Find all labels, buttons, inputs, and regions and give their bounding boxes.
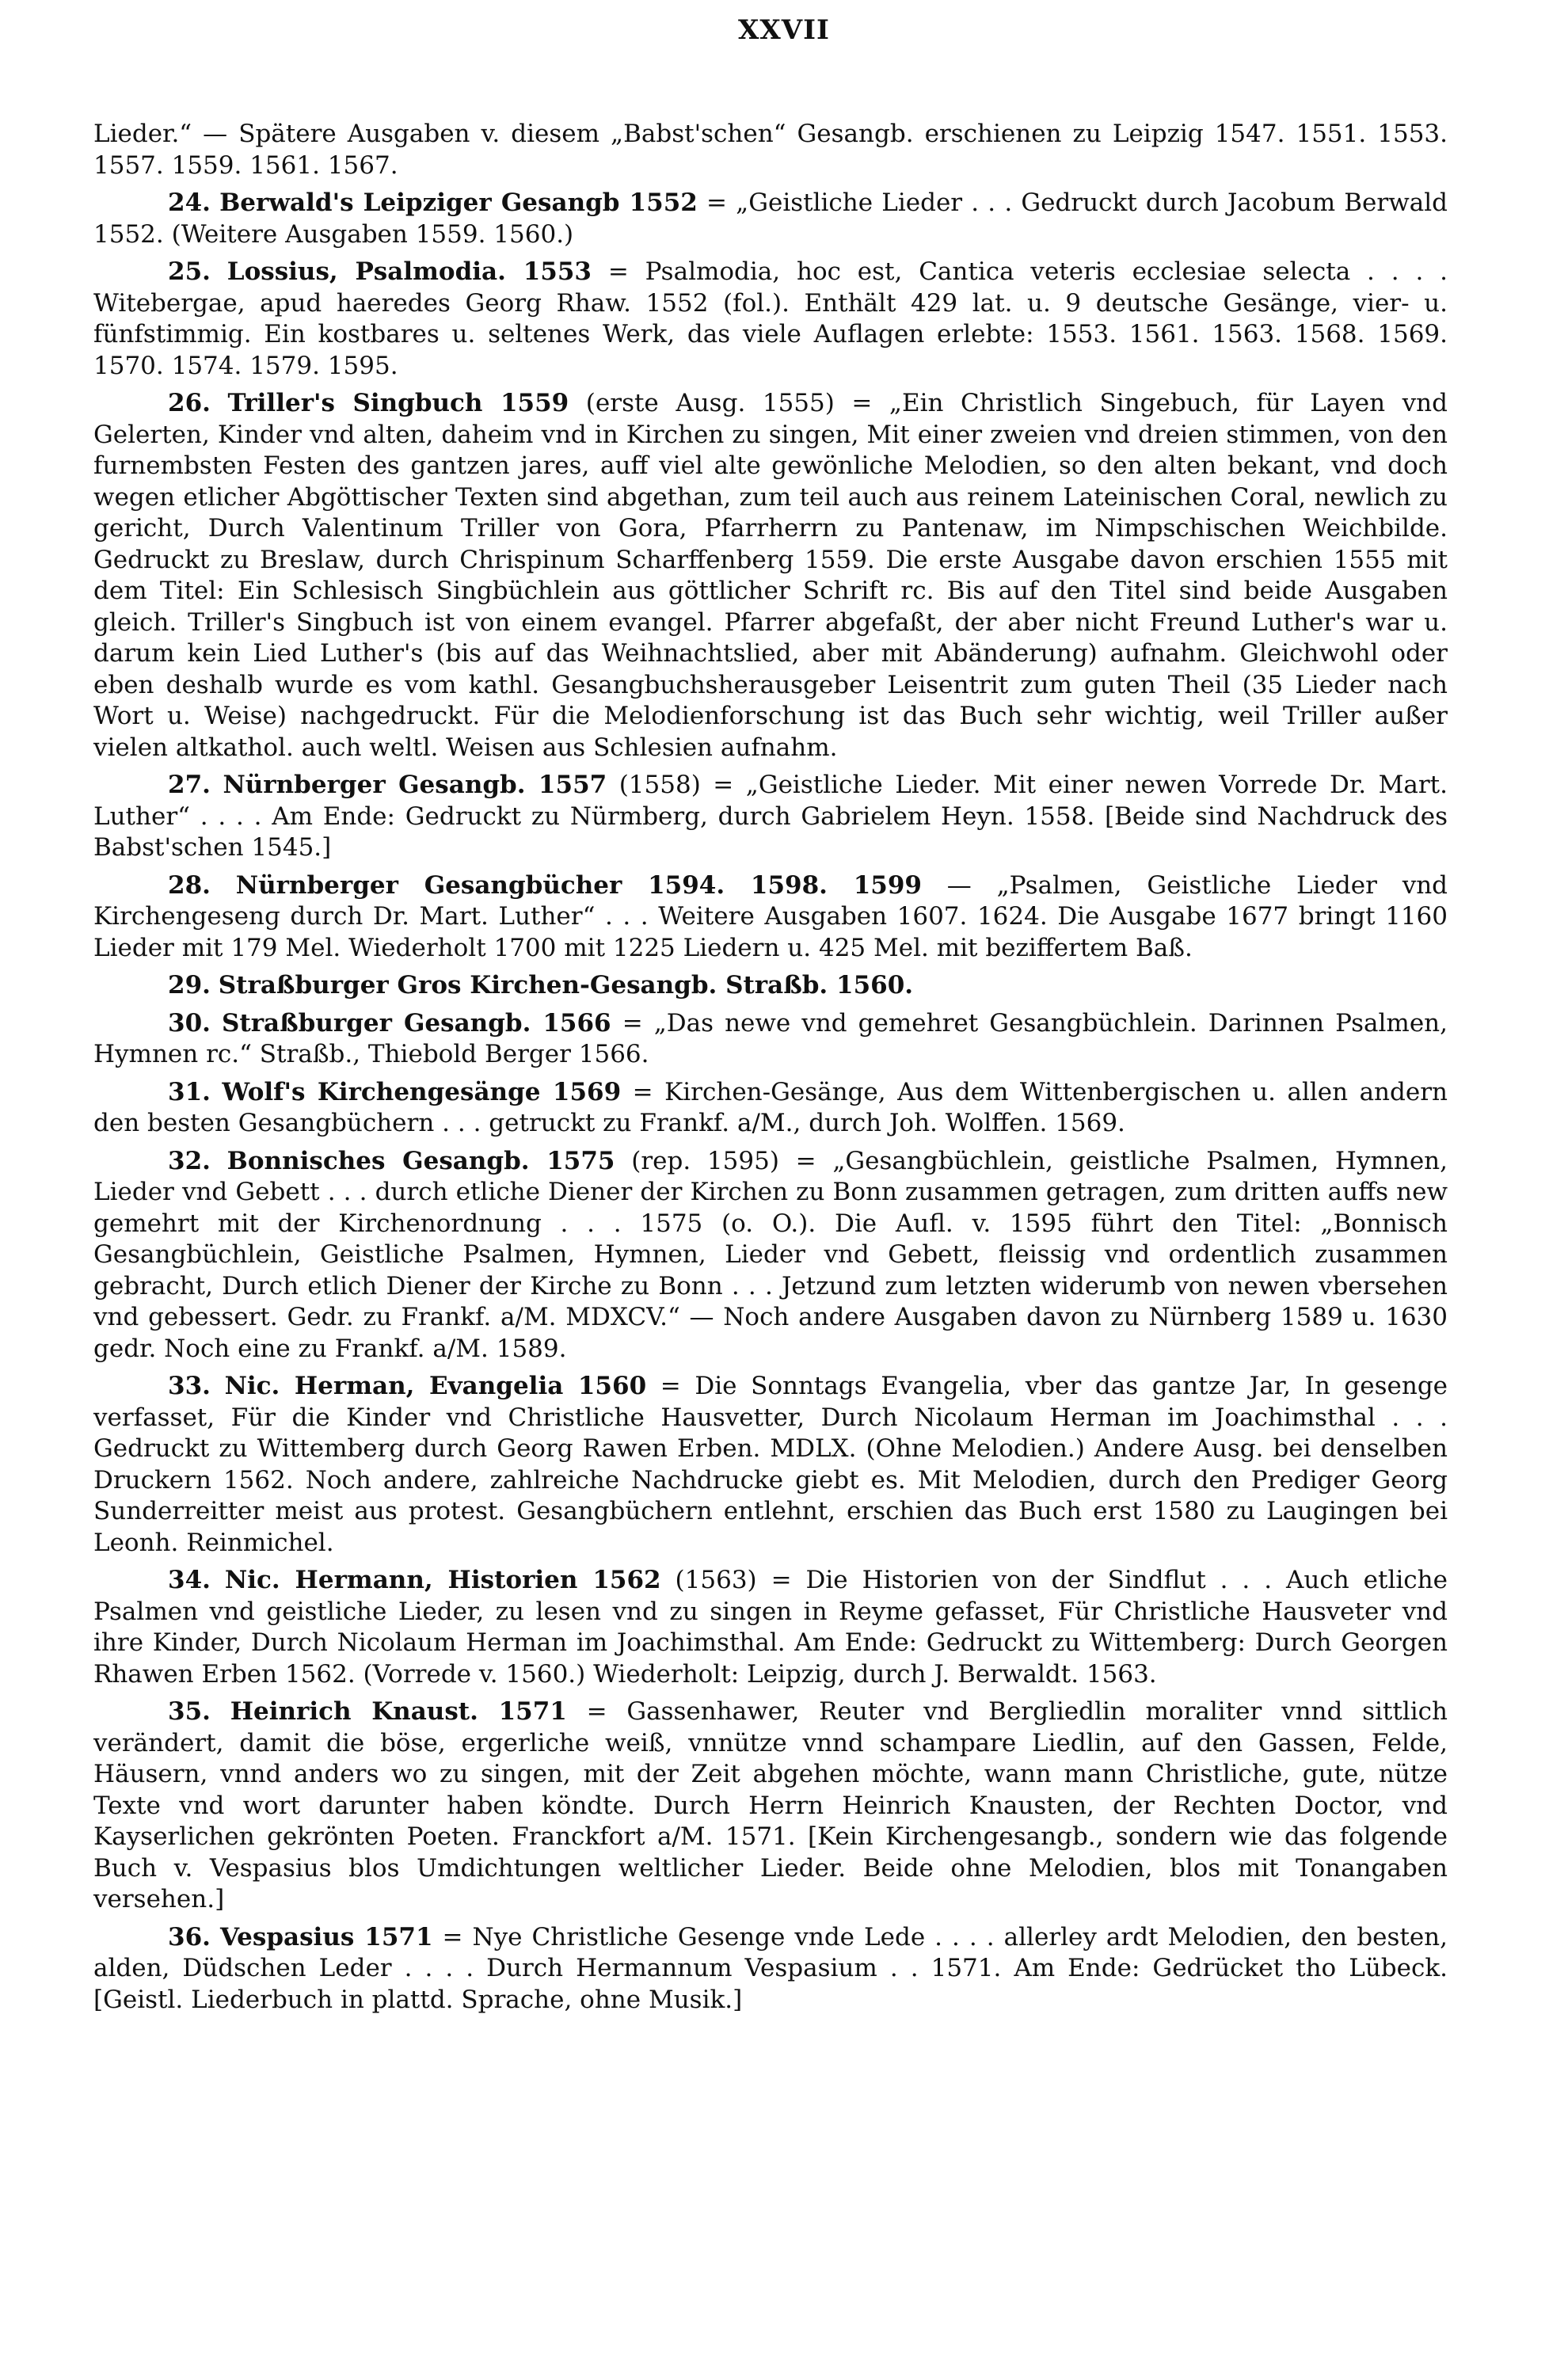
- entry-heading: Heinrich Knaust. 1571: [230, 1697, 567, 1726]
- page-number: XXVII: [0, 14, 1568, 46]
- entry-text: = Gassenhawer, Reuter vnd Bergliedlin mo…: [93, 1697, 1448, 1913]
- entry-32: 32. Bonnisches Gesangb. 1575 (rep. 1595)…: [93, 1146, 1448, 1365]
- entry-30: 30. Straßburger Gesangb. 1566 = „Das new…: [93, 1008, 1448, 1071]
- entry-33: 33. Nic. Herman, Evangelia 1560 = Die So…: [93, 1371, 1448, 1559]
- entry-heading: Nic. Herman, Evangelia 1560: [225, 1372, 647, 1400]
- entry-heading: Lossius, Psalmodia. 1553: [227, 257, 592, 286]
- entry-heading: Bonnisches Gesangb. 1575: [227, 1147, 615, 1175]
- entry-number: 32.: [168, 1147, 211, 1175]
- entry-number: 26.: [168, 389, 211, 417]
- entry-26: 26. Triller's Singbuch 1559 (erste Ausg.…: [93, 388, 1448, 763]
- entry-heading: Vespasius 1571: [220, 1923, 433, 1951]
- entry-28: 28. Nürnberger Gesangbücher 1594. 1598. …: [93, 870, 1448, 965]
- entry-number: 28.: [168, 871, 211, 900]
- entry-heading: Triller's Singbuch 1559: [228, 389, 569, 417]
- entry-number: 30.: [168, 1009, 211, 1038]
- entry-35: 35. Heinrich Knaust. 1571 = Gassenhawer,…: [93, 1696, 1448, 1916]
- entry-number: 31.: [168, 1078, 211, 1106]
- entry-heading: Nic. Hermann, Historien 1562: [225, 1566, 661, 1594]
- entry-heading: Berwald's Leipziger Gesangb 1552: [219, 188, 698, 217]
- page-body: Lieder.“ — Spätere Ausgaben v. diesem „B…: [93, 119, 1448, 2016]
- entry-number: 35.: [168, 1697, 211, 1726]
- entry-number: 25.: [168, 257, 211, 286]
- entry-heading: Straßburger Gesangb. 1566: [222, 1009, 611, 1038]
- entry-heading: Nürnberger Gesangb. 1557: [223, 771, 607, 799]
- entry-36: 36. Vespasius 1571 = Nye Christliche Ges…: [93, 1922, 1448, 2016]
- entry-number: 34.: [168, 1566, 211, 1594]
- entry-25: 25. Lossius, Psalmodia. 1553 = Psalmodia…: [93, 257, 1448, 382]
- entry-text: (rep. 1595) = „Gesangbüchlein, geistlich…: [93, 1147, 1448, 1363]
- entry-number: 33.: [168, 1372, 211, 1400]
- entry-29: 29. Straßburger Gros Kirchen-Gesangb. St…: [93, 970, 1448, 1002]
- entry-number: 29.: [168, 971, 211, 1000]
- entry-31: 31. Wolf's Kirchengesänge 1569 = Kirchen…: [93, 1077, 1448, 1140]
- entry-heading: Straßburger Gros Kirchen-Gesangb. Straßb…: [219, 971, 913, 1000]
- entry-24: 24. Berwald's Leipziger Gesangb 1552 = „…: [93, 188, 1448, 250]
- continuation-paragraph: Lieder.“ — Spätere Ausgaben v. diesem „B…: [93, 119, 1448, 181]
- entry-heading: Wolf's Kirchengesänge 1569: [222, 1078, 621, 1106]
- entry-heading: Nürnberger Gesangbücher 1594. 1598. 1599: [236, 871, 922, 900]
- entry-34: 34. Nic. Hermann, Historien 1562 (1563) …: [93, 1565, 1448, 1690]
- entry-number: 36.: [168, 1923, 211, 1951]
- entry-number: 24.: [168, 188, 211, 217]
- entry-text: (erste Ausg. 1555) = „Ein Christlich Sin…: [93, 389, 1448, 762]
- entry-number: 27.: [168, 771, 211, 799]
- entry-27: 27. Nürnberger Gesangb. 1557 (1558) = „G…: [93, 770, 1448, 864]
